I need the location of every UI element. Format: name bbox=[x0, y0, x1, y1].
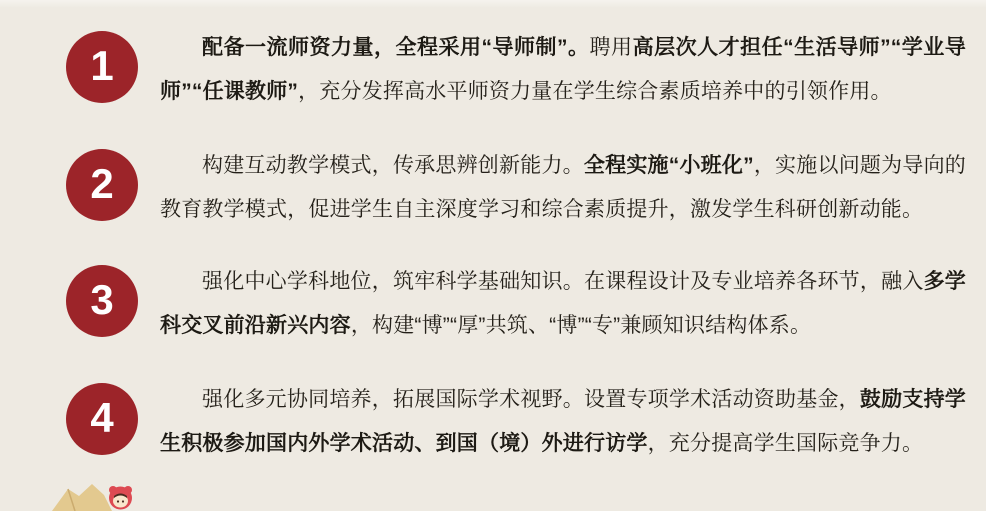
text-segment: ，充分发挥高水平师资力量在学生综合素质培养中的引领作用。 bbox=[298, 80, 892, 103]
list-item: 1配备一流师资力量，全程采用“导师制”。聘用高层次人才担任“生活导师”“学业导师… bbox=[66, 26, 966, 114]
text-segment: 构建互动教学模式，传承思辨创新能力。 bbox=[202, 154, 584, 177]
feature-text: 强化中心学科地位，筑牢科学基础知识。在课程设计及专业培养各环节，融入多学科交叉前… bbox=[160, 260, 966, 348]
badge-number: 2 bbox=[90, 163, 113, 205]
feature-text: 构建互动教学模式，传承思辨创新能力。全程实施“小班化”，实施以问题为导向的教育教… bbox=[160, 144, 966, 232]
text-segment: 配备一流师资力量，全程采用“导师制”。 bbox=[202, 36, 590, 59]
number-badge: 1 bbox=[66, 31, 138, 103]
text-segment: ，构建“博”“厚”共筑、“博”“专”兼顾知识结构体系。 bbox=[351, 314, 811, 337]
feature-list: 1配备一流师资力量，全程采用“导师制”。聘用高层次人才担任“生活导师”“学业导师… bbox=[0, 0, 986, 511]
badge-number: 4 bbox=[90, 397, 113, 439]
text-segment: 全程实施“小班化” bbox=[584, 154, 754, 177]
text-segment: 强化多元协同培养，拓展国际学术视野。设置专项学术活动资助基金， bbox=[202, 388, 860, 411]
number-badge: 4 bbox=[66, 383, 138, 455]
number-badge: 3 bbox=[66, 265, 138, 337]
number-badge: 2 bbox=[66, 149, 138, 221]
list-item: 3强化中心学科地位，筑牢科学基础知识。在课程设计及专业培养各环节，融入多学科交叉… bbox=[66, 260, 966, 348]
badge-number: 3 bbox=[90, 279, 113, 321]
feature-text: 配备一流师资力量，全程采用“导师制”。聘用高层次人才担任“生活导师”“学业导师”… bbox=[160, 26, 966, 114]
list-item: 2构建互动教学模式，传承思辨创新能力。全程实施“小班化”，实施以问题为导向的教育… bbox=[66, 144, 966, 232]
bottom-left-decoration bbox=[48, 482, 148, 511]
text-segment: ，充分提高学生国际竞争力。 bbox=[648, 432, 924, 455]
badge-number: 1 bbox=[90, 45, 113, 87]
slide-canvas: 1配备一流师资力量，全程采用“导师制”。聘用高层次人才担任“生活导师”“学业导师… bbox=[0, 0, 986, 511]
paper-star-icon bbox=[52, 484, 112, 511]
list-item: 4强化多元协同培养，拓展国际学术视野。设置专项学术活动资助基金，鼓励支持学生积极… bbox=[66, 378, 966, 466]
text-segment: 聘用 bbox=[590, 36, 633, 59]
text-segment: 强化中心学科地位，筑牢科学基础知识。在课程设计及专业培养各环节，融入 bbox=[202, 270, 924, 293]
mascot-icon bbox=[109, 486, 132, 510]
feature-text: 强化多元协同培养，拓展国际学术视野。设置专项学术活动资助基金，鼓励支持学生积极参… bbox=[160, 378, 966, 466]
